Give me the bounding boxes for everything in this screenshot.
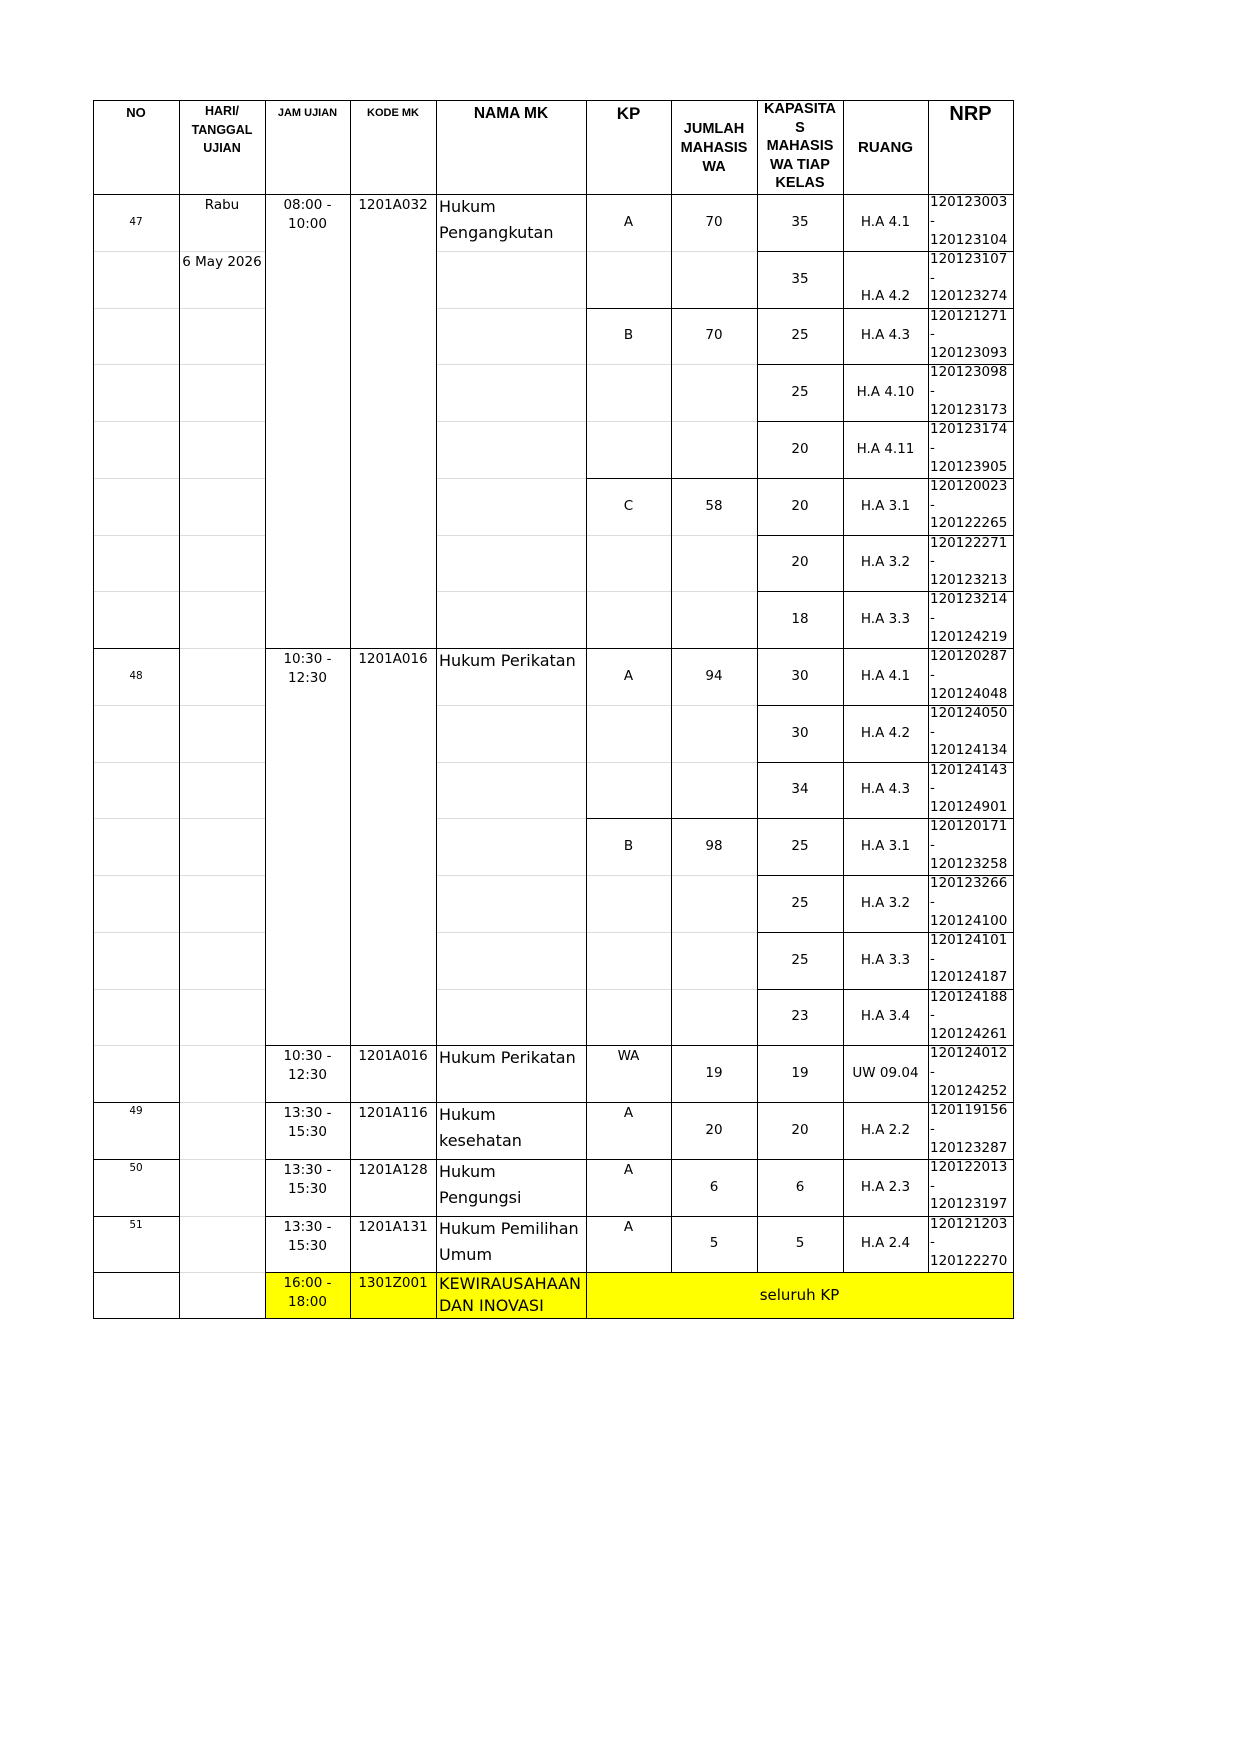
grid-hline xyxy=(93,1102,180,1103)
nrp-range-text: 120123266 xyxy=(930,874,1007,893)
nrp-range-text: - xyxy=(930,212,935,231)
kapasitas-value: 30 xyxy=(757,705,843,762)
grid-hline xyxy=(436,421,587,422)
exam-jam-text: 15:30 xyxy=(288,1180,327,1199)
nrp-range: 120122271-120123213 xyxy=(928,534,1013,592)
ruang-value-text: H.A 3.1 xyxy=(861,497,910,516)
grid-hline xyxy=(757,705,1014,706)
exam-jam-text: 12:30 xyxy=(288,1066,327,1085)
grid-hline xyxy=(586,478,758,479)
exam-nama-mk-text: Hukum Pemilihan xyxy=(439,1216,579,1242)
ruang-value-text: H.A 4.2 xyxy=(861,287,910,306)
kapasitas-value: 20 xyxy=(757,478,843,535)
kapasitas-value: 6 xyxy=(757,1159,843,1216)
header-nrp: NRP xyxy=(928,100,1013,194)
ruang-value-text: H.A 3.2 xyxy=(861,894,910,913)
grid-hline xyxy=(436,364,587,365)
exam-jam-text: 15:30 xyxy=(288,1123,327,1142)
nrp-range-text: - xyxy=(930,950,935,969)
nrp-range-text: 120122013 xyxy=(930,1158,1007,1177)
grid-hline xyxy=(93,648,180,649)
header-jumlah-mahasiswa-text: WA xyxy=(702,158,725,177)
header-hari-tanggal: HARI/TANGGALUJIAN xyxy=(179,100,265,194)
header-nama-mk-text: NAMA MK xyxy=(474,104,548,124)
grid-hline xyxy=(93,1159,180,1160)
ruang-value: H.A 2.3 xyxy=(843,1159,928,1216)
nrp-range-text: 120122271 xyxy=(930,534,1007,553)
nrp-range: 120123098-120123173 xyxy=(928,363,1013,421)
exam-jam-text: 12:30 xyxy=(288,669,327,688)
grid-hline xyxy=(436,251,587,252)
grid-vline xyxy=(757,100,758,1273)
nrp-range-text: 120124143 xyxy=(930,761,1007,780)
kp-value: A xyxy=(586,194,671,251)
jumlah-mahasiswa-value-text: 98 xyxy=(705,837,722,856)
grid-hline xyxy=(586,705,758,706)
exam-jam-text: 13:30 - xyxy=(283,1218,331,1237)
nrp-range-text: 120124050 xyxy=(930,704,1007,723)
exam-kode-mk-text: 1201A032 xyxy=(358,196,427,215)
header-ruang: RUANG xyxy=(843,100,928,194)
ruang-value-text: H.A 4.3 xyxy=(861,780,910,799)
nrp-range-text: - xyxy=(930,439,935,458)
grid-hline xyxy=(586,308,758,309)
grid-vline xyxy=(436,100,437,1319)
ruang-value: H.A 4.3 xyxy=(843,762,928,819)
exam-kode-mk: 1201A128 xyxy=(350,1159,436,1216)
kp-value-text: A xyxy=(624,667,633,686)
ruang-value-text: H.A 4.2 xyxy=(861,724,910,743)
exam-jam-text: 13:30 - xyxy=(283,1161,331,1180)
grid-hline xyxy=(757,762,1014,763)
header-jam-ujian: JAM UJIAN xyxy=(265,100,350,194)
nrp-range-text: - xyxy=(930,552,935,571)
kapasitas-value-text: 5 xyxy=(796,1234,805,1253)
kapasitas-value-text: 25 xyxy=(791,326,808,345)
kapasitas-value-text: 30 xyxy=(791,667,808,686)
final-jam: 16:00 -18:00 xyxy=(265,1272,350,1318)
kapasitas-value: 18 xyxy=(757,591,843,648)
header-kode-mk-text: KODE MK xyxy=(367,104,419,122)
exam-jam-text: 10:30 - xyxy=(283,1047,331,1066)
header-kapasitas-text: WA TIAP xyxy=(770,156,830,175)
nrp-range-text: 120124261 xyxy=(930,1025,1007,1044)
kapasitas-value: 20 xyxy=(757,535,843,592)
grid-hline xyxy=(757,1216,1014,1217)
nrp-range-text: 120123258 xyxy=(930,855,1007,874)
day-name: Rabu xyxy=(179,194,265,251)
grid-vline xyxy=(179,100,180,1319)
jumlah-mahasiswa-value: 98 xyxy=(671,818,757,875)
grid-hline xyxy=(586,251,758,252)
final-kode-mk-text: 1301Z001 xyxy=(358,1274,427,1293)
nrp-range-text: 120123214 xyxy=(930,590,1007,609)
nrp-range-text: 120123197 xyxy=(930,1195,1007,1214)
ruang-value-text: H.A 4.1 xyxy=(861,667,910,686)
header-no-text: NO xyxy=(126,104,146,122)
grid-hline xyxy=(265,1272,587,1273)
exam-no: 51 xyxy=(93,1216,179,1273)
nrp-range-text: 120122265 xyxy=(930,514,1007,533)
ruang-value: H.A 3.2 xyxy=(843,875,928,932)
grid-hline xyxy=(757,478,1014,479)
grid-hline xyxy=(93,1272,180,1273)
nrp-range-text: 120124219 xyxy=(930,628,1007,647)
nrp-range: 120120023-120122265 xyxy=(928,477,1013,535)
grid-hline xyxy=(265,1216,587,1217)
nrp-range: 120123003-120123104 xyxy=(928,193,1013,251)
nrp-range-text: 120123174 xyxy=(930,420,1007,439)
grid-hline xyxy=(757,1272,1014,1273)
grid-vline xyxy=(843,100,844,1273)
kapasitas-value-text: 35 xyxy=(791,213,808,232)
final-note: seluruh KP xyxy=(586,1272,1013,1318)
nrp-range-text: 120123098 xyxy=(930,363,1007,382)
kapasitas-value-text: 34 xyxy=(791,780,808,799)
nrp-range-text: 120123213 xyxy=(930,571,1007,590)
nrp-range: 120124143-120124901 xyxy=(928,761,1013,819)
nrp-range-text: 120121271 xyxy=(930,307,1007,326)
nrp-range: 120121271-120123093 xyxy=(928,307,1013,365)
nrp-range-text: 120119156 xyxy=(930,1101,1007,1120)
grid-vline xyxy=(1013,100,1014,1319)
jumlah-mahasiswa-value-text: 58 xyxy=(705,497,722,516)
exam-jam-text: 10:30 - xyxy=(283,650,331,669)
nrp-range-text: 120123003 xyxy=(930,193,1007,212)
nrp-range-text: 120123173 xyxy=(930,401,1007,420)
kapasitas-value-text: 20 xyxy=(791,553,808,572)
nrp-range: 120124012-120124252 xyxy=(928,1044,1013,1102)
nrp-range: 120124188-120124261 xyxy=(928,988,1013,1046)
kapasitas-value-text: 19 xyxy=(791,1064,808,1083)
header-nama-mk: NAMA MK xyxy=(436,100,586,194)
header-kapasitas: KAPASITASMAHASISWA TIAPKELAS xyxy=(757,100,843,194)
jumlah-mahasiswa-value: 19 xyxy=(671,1045,757,1102)
nrp-range: 120119156-120123287 xyxy=(928,1101,1013,1159)
header-kapasitas-text: KAPASITA xyxy=(764,100,836,119)
nrp-range-text: - xyxy=(930,609,935,628)
final-nama-mk: KEWIRAUSAHAANDAN INOVASI xyxy=(436,1272,586,1318)
ruang-value: H.A 4.1 xyxy=(843,648,928,705)
ruang-value: H.A 4.11 xyxy=(843,421,928,478)
grid-hline xyxy=(93,194,1014,195)
nrp-range: 120121203-120122270 xyxy=(928,1215,1013,1273)
exam-jam: 13:30 -15:30 xyxy=(265,1216,350,1273)
nrp-range-text: 120124188 xyxy=(930,988,1007,1007)
ruang-value-text: H.A 4.10 xyxy=(857,383,915,402)
ruang-value-text: H.A 4.1 xyxy=(861,213,910,232)
exam-nama-mk: Hukum kesehatan xyxy=(436,1102,586,1159)
nrp-range-text: 120124252 xyxy=(930,1082,1007,1101)
ruang-value: H.A 4.10 xyxy=(843,364,928,421)
ruang-value-text: H.A 2.3 xyxy=(861,1178,910,1197)
ruang-value-text: H.A 3.1 xyxy=(861,837,910,856)
grid-hline xyxy=(757,1102,1014,1103)
kp-value-text: A xyxy=(624,1218,633,1237)
ruang-value-text: H.A 3.2 xyxy=(861,553,910,572)
ruang-value: H.A 3.1 xyxy=(843,478,928,535)
grid-hline xyxy=(757,989,1014,990)
grid-hline xyxy=(586,1216,758,1217)
grid-vline xyxy=(671,100,672,1273)
nrp-range-text: 120124901 xyxy=(930,798,1007,817)
exam-nama-mk-text: Hukum xyxy=(439,194,496,220)
nrp-range: 120123266-120124100 xyxy=(928,874,1013,932)
nrp-range-text: 120124134 xyxy=(930,741,1007,760)
grid-hline xyxy=(757,818,1014,819)
nrp-range-text: - xyxy=(930,893,935,912)
exam-nama-mk-text: Hukum Perikatan xyxy=(439,648,576,674)
nrp-range: 120120171-120123258 xyxy=(928,817,1013,875)
jumlah-mahasiswa-value: 70 xyxy=(671,308,757,365)
exam-no-text: 49 xyxy=(129,1104,142,1118)
kapasitas-value-text: 25 xyxy=(791,894,808,913)
kapasitas-value: 25 xyxy=(757,818,843,875)
grid-hline xyxy=(757,421,1014,422)
ruang-value: H.A 2.2 xyxy=(843,1102,928,1159)
kp-value: A xyxy=(586,1216,671,1273)
jumlah-mahasiswa-value-text: 94 xyxy=(705,667,722,686)
jumlah-mahasiswa-value: 70 xyxy=(671,194,757,251)
grid-hline xyxy=(265,1159,587,1160)
ruang-value-text: H.A 3.3 xyxy=(861,951,910,970)
exam-no-text: 48 xyxy=(129,669,142,683)
nrp-range-text: - xyxy=(930,836,935,855)
ruang-value: H.A 4.1 xyxy=(843,194,928,251)
kapasitas-value: 19 xyxy=(757,1045,843,1102)
nrp-range-text: - xyxy=(930,723,935,742)
header-jumlah-mahasiswa: JUMLAHMAHASISWA xyxy=(671,118,757,194)
nrp-range: 120123107-120123274 xyxy=(928,250,1013,308)
grid-hline xyxy=(586,421,758,422)
kapasitas-value: 35 xyxy=(757,194,843,251)
grid-hline xyxy=(436,591,587,592)
kapasitas-value-text: 25 xyxy=(791,383,808,402)
header-kp-text: KP xyxy=(617,104,641,124)
kapasitas-value: 34 xyxy=(757,762,843,819)
kp-value-text: WA xyxy=(618,1047,640,1066)
grid-hline xyxy=(757,251,1014,252)
nrp-range-text: 120123905 xyxy=(930,458,1007,477)
grid-hline xyxy=(586,762,758,763)
exam-no: 48 xyxy=(93,648,179,705)
final-nama-mk-text: DAN INOVASI xyxy=(439,1295,544,1317)
nrp-range-text: 120124012 xyxy=(930,1044,1007,1063)
kapasitas-value-text: 20 xyxy=(791,440,808,459)
exam-kode-mk: 1201A016 xyxy=(350,648,436,1045)
grid-hline xyxy=(586,989,758,990)
kapasitas-value: 35 xyxy=(757,251,843,308)
kp-value: A xyxy=(586,1102,671,1159)
exam-kode-mk: 1201A032 xyxy=(350,194,436,648)
kp-value-text: A xyxy=(624,213,633,232)
exam-jam-text: 15:30 xyxy=(288,1237,327,1256)
grid-hline xyxy=(265,648,587,649)
nrp-range-text: 120120171 xyxy=(930,817,1007,836)
grid-hline xyxy=(436,308,587,309)
exam-kode-mk-text: 1201A131 xyxy=(358,1218,427,1237)
nrp-range-text: 120124101 xyxy=(930,931,1007,950)
ruang-value-text: H.A 4.3 xyxy=(861,326,910,345)
exam-nama-mk-text: Umum xyxy=(439,1242,492,1268)
exam-no-text: 50 xyxy=(129,1161,142,1175)
nrp-range-text: 120122270 xyxy=(930,1252,1007,1271)
exam-jam-text: 13:30 - xyxy=(283,1104,331,1123)
nrp-range: 120120287-120124048 xyxy=(928,647,1013,705)
exam-nama-mk-text: Pengangkutan xyxy=(439,220,553,246)
grid-hline xyxy=(436,478,587,479)
nrp-range-text: 120123107 xyxy=(930,250,1007,269)
grid-hline xyxy=(757,1045,1014,1046)
exam-no-text: 47 xyxy=(129,215,142,229)
kp-value: C xyxy=(586,478,671,535)
nrp-range-text: - xyxy=(930,1006,935,1025)
exam-jam: 10:30 -12:30 xyxy=(265,1045,350,1102)
grid-hline xyxy=(586,932,758,933)
exam-nama-mk-text: Hukum Perikatan xyxy=(439,1045,576,1071)
ruang-value: UW 09.04 xyxy=(843,1045,928,1102)
nrp-range-text: 120121203 xyxy=(930,1215,1007,1234)
ruang-value-text: H.A 4.11 xyxy=(857,440,915,459)
exam-no: 50 xyxy=(93,1159,179,1216)
jumlah-mahasiswa-value-text: 19 xyxy=(705,1064,722,1083)
header-hari-tanggal-text: HARI/ xyxy=(205,102,239,121)
grid-hline xyxy=(586,818,758,819)
kp-value-text: A xyxy=(624,1161,633,1180)
grid-hline xyxy=(586,1045,758,1046)
grid-hline xyxy=(436,989,587,990)
nrp-range-text: 120120287 xyxy=(930,647,1007,666)
kapasitas-value: 25 xyxy=(757,364,843,421)
exam-jam: 13:30 -15:30 xyxy=(265,1102,350,1159)
jumlah-mahasiswa-value: 20 xyxy=(671,1102,757,1159)
grid-hline xyxy=(265,1045,587,1046)
kapasitas-value: 25 xyxy=(757,932,843,989)
grid-hline xyxy=(265,1102,587,1103)
nrp-range-text: 120124100 xyxy=(930,912,1007,931)
grid-hline xyxy=(586,1159,758,1160)
jumlah-mahasiswa-value-text: 6 xyxy=(710,1178,719,1197)
kapasitas-value-text: 6 xyxy=(796,1178,805,1197)
exam-jam-text: 10:00 xyxy=(288,215,327,234)
ruang-value-text: H.A 3.3 xyxy=(861,610,910,629)
header-kapasitas-text: KELAS xyxy=(775,174,824,193)
header-kp: KP xyxy=(586,100,671,194)
header-jumlah-mahasiswa-text: JUMLAH xyxy=(684,120,744,139)
grid-hline xyxy=(586,648,758,649)
kapasitas-value-text: 35 xyxy=(791,270,808,289)
kapasitas-value-text: 20 xyxy=(791,1121,808,1140)
grid-hline xyxy=(757,1159,1014,1160)
exam-nama-mk-text: Hukum kesehatan xyxy=(439,1102,583,1154)
kapasitas-value-text: 23 xyxy=(791,1007,808,1026)
kapasitas-value: 20 xyxy=(757,1102,843,1159)
grid-hline xyxy=(93,1216,180,1217)
kp-value-text: B xyxy=(624,837,633,856)
nrp-range-text: - xyxy=(930,496,935,515)
nrp-range-text: - xyxy=(930,666,935,685)
jumlah-mahasiswa-value: 6 xyxy=(671,1159,757,1216)
nrp-range: 120123214-120124219 xyxy=(928,590,1013,648)
grid-hline xyxy=(757,364,1014,365)
grid-vline xyxy=(586,100,587,1319)
header-jumlah-mahasiswa-text: MAHASIS xyxy=(681,139,748,158)
exam-kode-mk: 1201A131 xyxy=(350,1216,436,1273)
ruang-value-text: H.A 2.4 xyxy=(861,1234,910,1253)
nrp-range: 120122013-120123197 xyxy=(928,1158,1013,1216)
kp-value-text: A xyxy=(624,1104,633,1123)
nrp-range-text: - xyxy=(930,269,935,288)
exam-nama-mk: Hukum Perikatan xyxy=(436,648,586,1045)
jumlah-mahasiswa-value-text: 5 xyxy=(710,1234,719,1253)
kapasitas-value-text: 25 xyxy=(791,951,808,970)
exam-kode-mk-text: 1201A116 xyxy=(358,1104,427,1123)
exam-nama-mk: Hukum PemilihanUmum xyxy=(436,1216,586,1273)
kp-value-text: C xyxy=(624,497,633,516)
exam-kode-mk-text: 1201A128 xyxy=(358,1161,427,1180)
nrp-range-text: 120124048 xyxy=(930,685,1007,704)
grid-hline xyxy=(757,648,1014,649)
exam-schedule-sheet: NOHARI/TANGGALUJIANJAM UJIANKODE MKNAMA … xyxy=(0,0,1242,1757)
ruang-value-text: UW 09.04 xyxy=(852,1064,918,1083)
final-jam-text: 18:00 xyxy=(288,1293,327,1312)
grid-vline xyxy=(928,100,929,1273)
exam-kode-mk-text: 1201A016 xyxy=(358,650,427,669)
grid-hline xyxy=(436,875,587,876)
nrp-range-text: - xyxy=(930,325,935,344)
jumlah-mahasiswa-value: 5 xyxy=(671,1216,757,1273)
exam-nama-mk: Hukum Perikatan xyxy=(436,1045,586,1102)
kp-value: A xyxy=(586,648,671,705)
nrp-range-text: 120123287 xyxy=(930,1139,1007,1158)
ruang-value: H.A 3.4 xyxy=(843,989,928,1046)
ruang-value: H.A 3.3 xyxy=(843,932,928,989)
grid-hline xyxy=(586,364,758,365)
kapasitas-value: 23 xyxy=(757,989,843,1046)
exam-nama-mk-text: Hukum Pengungsi xyxy=(439,1159,583,1211)
kp-value-text: B xyxy=(624,326,633,345)
grid-hline xyxy=(586,591,758,592)
nrp-range-text: - xyxy=(930,382,935,401)
ruang-value: H.A 4.2 xyxy=(843,705,928,762)
grid-hline xyxy=(436,762,587,763)
grid-hline xyxy=(436,705,587,706)
exam-nama-mk: Hukum Pengungsi xyxy=(436,1159,586,1216)
jumlah-mahasiswa-value: 58 xyxy=(671,478,757,535)
day-date-text: 6 May 2026 xyxy=(182,253,261,272)
ruang-value: H.A 3.2 xyxy=(843,535,928,592)
kapasitas-value: 25 xyxy=(757,875,843,932)
grid-hline xyxy=(93,1318,1014,1319)
kapasitas-value: 25 xyxy=(757,308,843,365)
jumlah-mahasiswa-value-text: 20 xyxy=(705,1121,722,1140)
grid-hline xyxy=(586,875,758,876)
exam-jam: 13:30 -15:30 xyxy=(265,1159,350,1216)
final-jam-text: 16:00 - xyxy=(283,1274,331,1293)
kapasitas-value-text: 25 xyxy=(791,837,808,856)
exam-no: 47 xyxy=(93,194,179,251)
grid-vline xyxy=(350,100,351,1319)
exam-no: 49 xyxy=(93,1102,179,1159)
final-nama-mk-text: KEWIRAUSAHAAN xyxy=(439,1273,581,1295)
ruang-value: H.A 3.1 xyxy=(843,818,928,875)
exam-kode-mk: 1201A016 xyxy=(350,1045,436,1102)
kp-value: A xyxy=(586,1159,671,1216)
jumlah-mahasiswa-value-text: 70 xyxy=(705,326,722,345)
ruang-value-text: H.A 3.4 xyxy=(861,1007,910,1026)
kp-value: B xyxy=(586,308,671,365)
ruang-value: H.A 4.2 xyxy=(843,251,928,308)
